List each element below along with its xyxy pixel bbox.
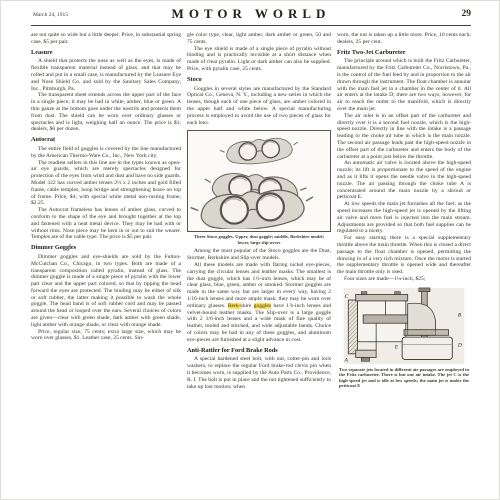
goggles-figure-caption: Three Stoco goggles. Upper, dust goggle;… [187, 234, 331, 245]
svg-text:C: C [345, 294, 349, 300]
paragraph: The entire field of goggles is covered b… [31, 146, 181, 160]
section-heading: Autocrat [31, 137, 181, 144]
paragraph: The readiest sellers in this line are in… [31, 160, 181, 208]
carbureter-figure-caption: Two separate jets located in different a… [337, 367, 471, 389]
column-1: are not quite so wide but a little deepe… [31, 32, 181, 495]
section-heading: Anti-Rattler for Ford Brake Rods [187, 348, 331, 355]
magazine-page: March 24, 1915 MOTOR WORLD 29 are not qu… [0, 0, 500, 500]
paragraph: For easy starting there is a special sup… [337, 235, 471, 276]
paragraph: The eye shield is made of a single piece… [187, 46, 331, 73]
paragraph: At low speeds the main jet furnishes all… [337, 201, 471, 235]
paragraph: gle color type, clear, light amber, dark… [187, 32, 331, 46]
section-heading: Fritz Two-Jet Carbureter [337, 50, 471, 57]
svg-text:A: A [344, 357, 349, 363]
paragraph: A shield that protects the nose as well … [31, 58, 181, 92]
carbureter-diagram: C B D E A [337, 287, 471, 365]
goggles-illustration-frame [187, 130, 331, 232]
page-number: 29 [462, 9, 472, 19]
search-highlight: Berk- [228, 303, 241, 309]
paragraph: worn, the nut is taken up a little more.… [337, 32, 471, 46]
paragraph: Four sizes are made—1¼-inch, $25; [337, 276, 471, 283]
text-run: shire [241, 303, 254, 309]
paragraph: A special hardened steel bolt, with nut,… [187, 356, 331, 390]
paragraph: An automatic air valve is located above … [337, 160, 471, 201]
paragraph: The principle around which is built the … [337, 58, 471, 112]
carbureter-diagram-figure: C B D E A Two separate jets located in d… [337, 287, 471, 389]
paragraph: Price, regular size, 75 cents; extra lar… [31, 329, 181, 343]
section-heading: Leasure [31, 50, 181, 57]
goggles-illustration-figure: Three Stoco goggles. Upper, dust goggle;… [187, 130, 331, 245]
paragraph: Dimmer goggles and eye-shields are sold … [31, 254, 181, 329]
paragraph: The air inlet is in an offset part of th… [337, 113, 471, 161]
page-content: are not quite so wide but a little deepe… [31, 32, 471, 495]
text-run: have 1⅞-inch lenses and velvet-bound lea… [187, 303, 331, 343]
section-heading: Stoco [187, 77, 331, 84]
text-run: All these models are made with flaring n… [187, 262, 331, 309]
search-highlight: goggles [254, 303, 271, 309]
section-heading: Dimmer Goggles [31, 245, 181, 252]
svg-text:D: D [457, 342, 462, 348]
page-header: March 24, 1915 MOTOR WORLD 29 [31, 6, 471, 24]
paragraph: All these models are made with flaring n… [187, 262, 331, 344]
header-rule [31, 25, 471, 26]
column-2: gle color type, clear, light amber, dark… [187, 32, 331, 495]
column-3: worn, the nut is taken up a little more.… [337, 32, 471, 495]
paragraph: The Autocrat frameless has lenses of amb… [31, 207, 181, 241]
svg-text:B: B [458, 312, 462, 318]
publication-title: MOTOR WORLD [31, 6, 471, 22]
paragraph: The transparent sheet extends across the… [31, 92, 181, 133]
paragraph: Goggles in several styles are manufactur… [187, 86, 331, 127]
paragraph: Among the most popular of the Stoco gogg… [187, 248, 331, 262]
svg-text:E: E [394, 344, 399, 350]
paragraph: are not quite so wide but a little deepe… [31, 32, 181, 46]
goggles-illustration [190, 133, 328, 229]
